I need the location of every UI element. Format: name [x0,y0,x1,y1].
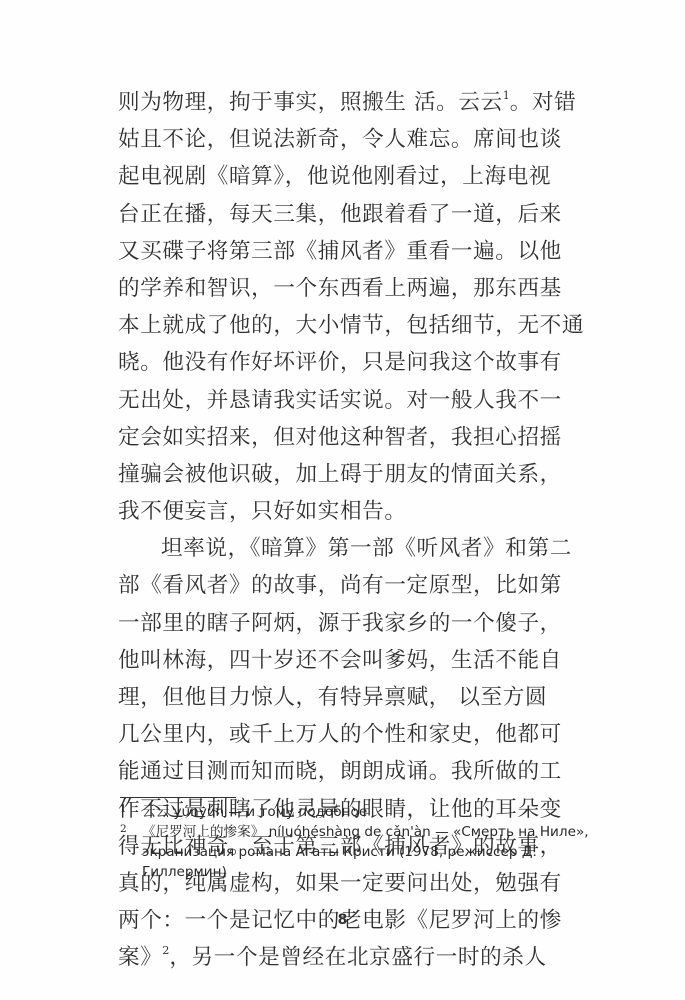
footnote-number: 1 [120,799,127,819]
line-text: 无出处，并恳请我实话实说。对一般人我不一 [118,388,562,413]
line-text: 坦率说，《暗算》第一部《听风者》和第二 [161,536,572,561]
footnote-marker[interactable]: 2 [162,944,169,957]
text-line: 的学养和智识，一个东西看上两遍，那东西基 [118,270,592,307]
text-line: 无出处，并恳请我实话实说。对一般人我不一 [118,382,592,419]
footnote-1: 1 云云 yúnyún — и тому подобное [120,802,592,822]
footnote-marker[interactable]: 1 [503,89,510,102]
text-line: 我不便妄言，只好如实相告。 [118,493,592,530]
footnote-number: 2 [120,819,127,839]
text-line: 几公里内，或千上万人的个性和家史，他都可 [118,716,592,753]
line-text: 姑且不论，但说法新奇，令人难忘。席间也谈 [118,127,562,152]
text-line: 又买碟子将第三部《捕风者》重看一遍。以他 [118,233,592,270]
line-text: 案》 [118,945,162,970]
footnote-text: 云云 yúnyún — и тому подобное [142,802,592,822]
text-line: 坦率说，《暗算》第一部《听风者》和第二 [118,530,592,567]
text-line: 部《看风者》的故事，尚有一定原型，比如第 [118,567,592,604]
text-line: 他叫林海，四十岁还不会叫爹妈，生活不能自 [118,642,592,679]
line-text-tail: ，另一个是曾经在北京盛行一时的杀人 [169,945,546,970]
text-line: 一部里的瞎子阿炳，源于我家乡的一个傻子， [118,605,592,642]
text-line: 姑且不论，但说法新奇，令人难忘。席间也谈 [118,121,592,158]
line-text: 则为物理，拘于事实，照搬生 活。云云 [118,90,503,115]
line-text: 起电视剧《暗算》，他说他刚看过，上海电视 [118,164,551,189]
line-text: 定会如实招来，但对他这种智者，我担心招摇 [118,425,562,450]
footnote-divider [120,797,236,798]
text-line: 案》2，另一个是曾经在北京盛行一时的杀人 [118,939,592,976]
text-line: 晓。他没有作好坏评价，只是问我这个故事有 [118,344,592,381]
line-text: 他叫林海，四十岁还不会叫爹妈，生活不能自 [118,648,562,673]
text-line: 理，但他目力惊人，有特异禀赋， 以至方圆 [118,679,592,716]
line-text: 部《看风者》的故事，尚有一定原型，比如第 [118,573,562,598]
text-line: 台正在播，每天三集，他跟着看了一道，后来 [118,196,592,233]
footnotes: 1 云云 yúnyún — и тому подобное 2 《尼罗河上的惨案… [120,802,592,882]
footnote-text: 《尼罗河上的惨案》 níluóhéshàng de cǎn'àn — «Смер… [142,822,592,882]
footnote-2: 2 《尼罗河上的惨案》 níluóhéshàng de cǎn'àn — «См… [120,822,592,882]
line-text: 理，但他目力惊人，有特异禀赋， 以至方圆 [118,685,547,710]
line-text: 几公里内，或千上万人的个性和家史，他都可 [118,722,562,747]
line-text: 一部里的瞎子阿炳，源于我家乡的一个傻子， [118,611,562,636]
line-text: 又买碟子将第三部《捕风者》重看一遍。以他 [118,239,562,264]
text-line: 能通过目测而知而晓，朗朗成诵。我所做的工 [118,753,592,790]
text-line: 撞骗会被他识破，加上碍于朋友的情面关系， [118,456,592,493]
text-line: 定会如实招来，但对他这种智者，我担心招摇 [118,419,592,456]
line-text: 的学养和智识，一个东西看上两遍，那东西基 [118,276,562,301]
book-page: 则为物理，拘于事实，照搬生 活。云云1。对错姑且不论，但说法新奇，令人难忘。席间… [0,0,685,1000]
line-text-tail: 。对错 [510,90,577,115]
text-line: 起电视剧《暗算》，他说他刚看过，上海电视 [118,158,592,195]
text-line: 则为物理，拘于事实，照搬生 活。云云1。对错 [118,84,592,121]
text-line: 本上就成了他的，大小情节，包括细节，无不通 [118,307,592,344]
line-text: 我不便妄言，只好如实相告。 [118,499,407,524]
line-text: 本上就成了他的，大小情节，包括细节，无不通 [118,313,584,338]
line-text: 能通过目测而知而晓，朗朗成诵。我所做的工 [118,759,562,784]
line-text: 台正在播，每天三集，他跟着看了一道，后来 [118,202,562,227]
line-text: 晓。他没有作好坏评价，只是问我这个故事有 [118,350,562,375]
page-number: 8 [0,912,685,928]
line-text: 撞骗会被他识破，加上碍于朋友的情面关系， [118,462,562,487]
